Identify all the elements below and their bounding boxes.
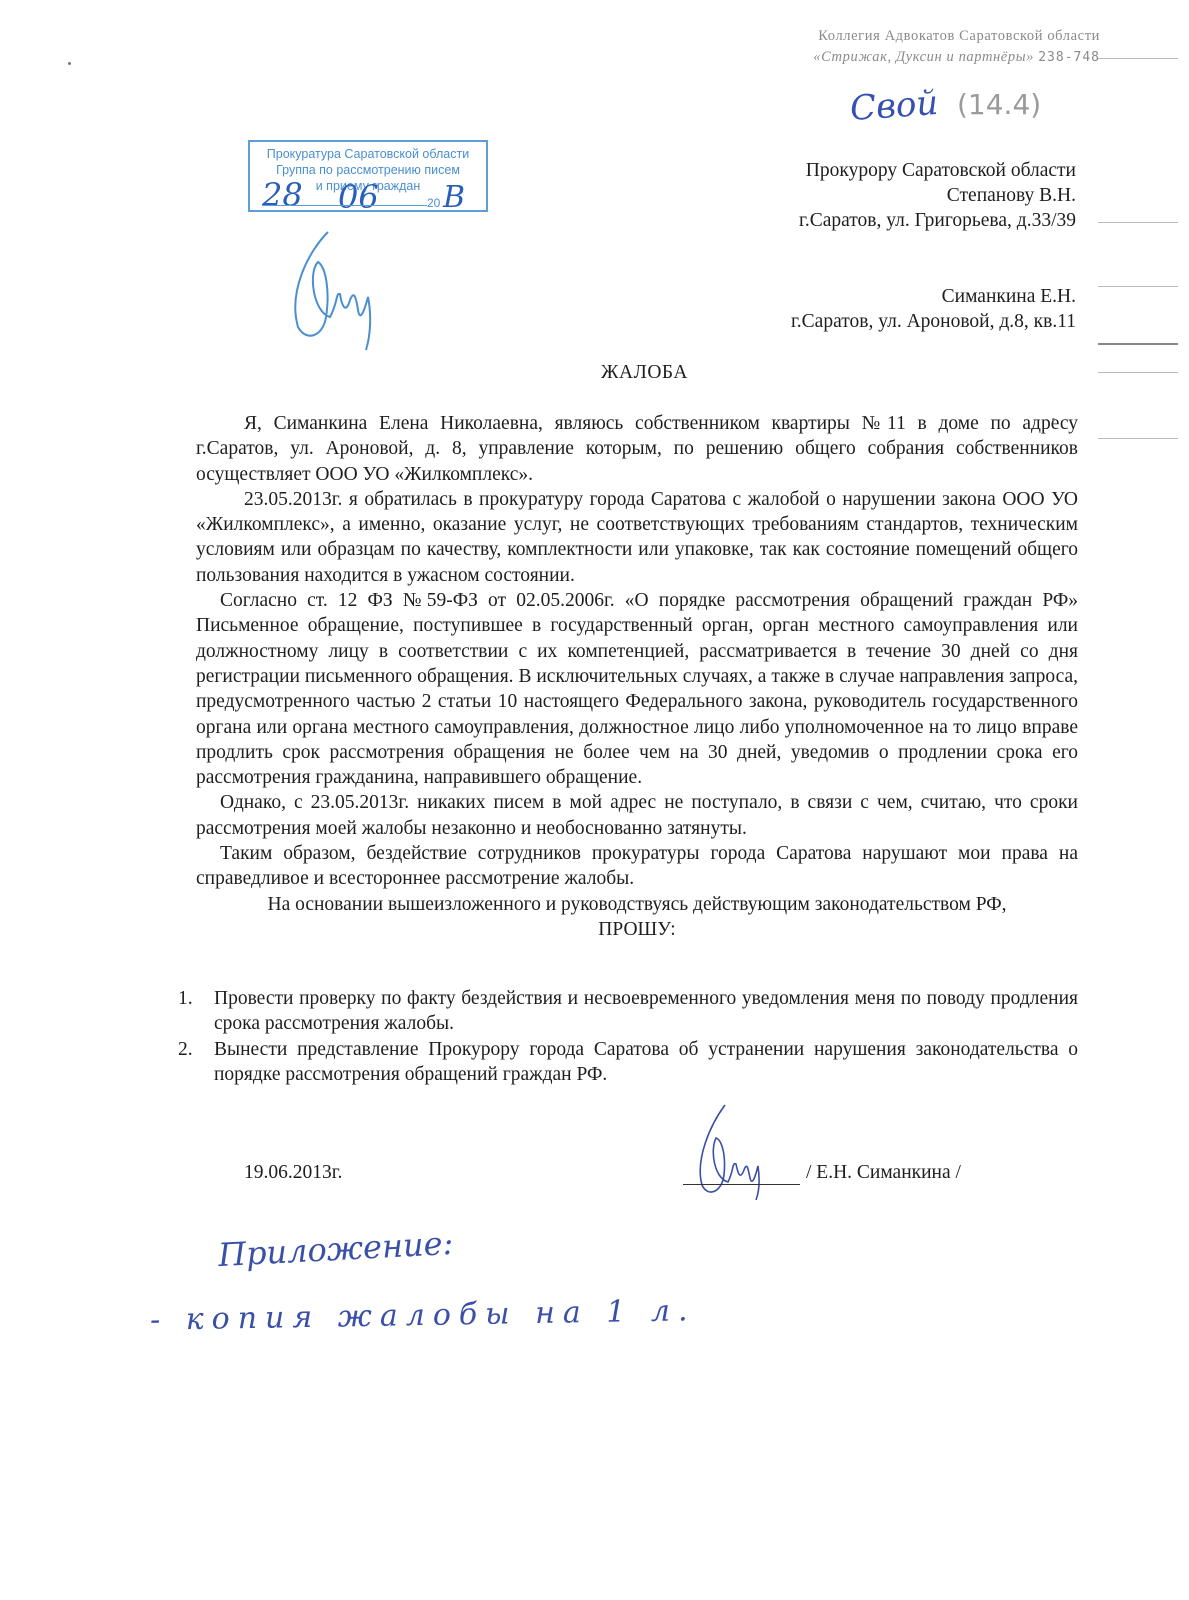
scan-artifact xyxy=(1098,438,1178,439)
stamp-date-line xyxy=(262,205,427,206)
author-signature-icon xyxy=(680,1100,770,1200)
scan-artifact xyxy=(1098,343,1178,345)
request-text: Провести проверку по факту бездействия и… xyxy=(214,986,1078,1037)
letterhead-org: Коллегия Адвокатов Саратовской области xyxy=(770,26,1100,47)
sender-block: Симанкина Е.Н. г.Саратов, ул. Ароновой, … xyxy=(791,284,1076,334)
stamp-day: 28 xyxy=(262,176,303,214)
letterhead-firm-name: «Стрижак, Дуксин и партнёры» xyxy=(813,49,1034,65)
request-heading: ПРОШУ: xyxy=(196,917,1078,942)
sender-address: г.Саратов, ул. Ароновой, д.8, кв.11 xyxy=(791,309,1076,334)
stamp-year-prefix: 20 xyxy=(427,196,440,210)
scan-speck xyxy=(1052,418,1055,421)
sender-name: Симанкина Е.Н. xyxy=(791,284,1076,309)
stamp-month: 06 xyxy=(338,178,379,216)
recipient-title: Прокурору Саратовской области xyxy=(799,158,1076,183)
request-number: 2. xyxy=(178,1037,214,1088)
scan-speck xyxy=(68,62,71,65)
document-title: ЖАЛОБА xyxy=(0,362,1189,384)
request-list: 1. Провести проверку по факту бездействи… xyxy=(178,986,1078,1087)
paragraph-3: Согласно ст. 12 ФЗ №59-ФЗ от 02.05.2006г… xyxy=(196,588,1078,790)
paragraph-4: Однако, с 23.05.2013г. никаких писем в м… xyxy=(196,790,1078,841)
request-text: Вынести представление Прокурору города С… xyxy=(214,1037,1078,1088)
stamp-year-mark: B xyxy=(443,180,465,215)
recipient-block: Прокурору Саратовской области Степанову … xyxy=(799,158,1076,233)
resolution-signature-icon xyxy=(268,222,398,352)
signature-line xyxy=(683,1184,800,1185)
request-item: 2. Вынести представление Прокурору город… xyxy=(178,1037,1078,1088)
letterhead-phone: 238-748 xyxy=(1038,50,1100,65)
handwritten-attachment-item: - копия жалобы на 1 л. xyxy=(150,1293,696,1338)
recipient-address: г.Саратов, ул. Григорьева, д.33/39 xyxy=(799,208,1076,233)
paragraph-1: Я, Симанкина Елена Николаевна, являюсь с… xyxy=(196,411,1078,487)
paragraph-5: Таким образом, бездействие сотрудников п… xyxy=(196,841,1078,892)
letterhead-firm: «Стрижак, Дуксин и партнёры» 238-748 xyxy=(770,47,1100,68)
stamp-line-1: Прокуратура Саратовской области xyxy=(250,146,486,162)
document-date: 19.06.2013г. xyxy=(244,1162,342,1184)
paragraph-2: 23.05.2013г. я обратилась в прокуратуру … xyxy=(196,487,1078,588)
paragraph-6: На основании вышеизложенного и руководст… xyxy=(196,892,1078,917)
handwritten-note-top: Свой xyxy=(849,83,940,129)
scan-artifact xyxy=(1098,58,1178,59)
request-item: 1. Провести проверку по факту бездействи… xyxy=(178,986,1078,1037)
scan-artifact xyxy=(1098,222,1178,223)
scan-artifact xyxy=(1098,286,1178,287)
recipient-name: Степанову В.Н. xyxy=(799,183,1076,208)
handwritten-note-gray: (14.4) xyxy=(957,88,1041,121)
scan-artifact xyxy=(1098,372,1178,373)
complaint-body: Я, Симанкина Елена Николаевна, являюсь с… xyxy=(196,411,1078,942)
signature-name: / Е.Н. Симанкина / xyxy=(806,1162,961,1184)
handwritten-attachment-heading: Приложение: xyxy=(217,1224,454,1274)
letterhead: Коллегия Адвокатов Саратовской области «… xyxy=(770,26,1100,68)
request-number: 1. xyxy=(178,986,214,1037)
